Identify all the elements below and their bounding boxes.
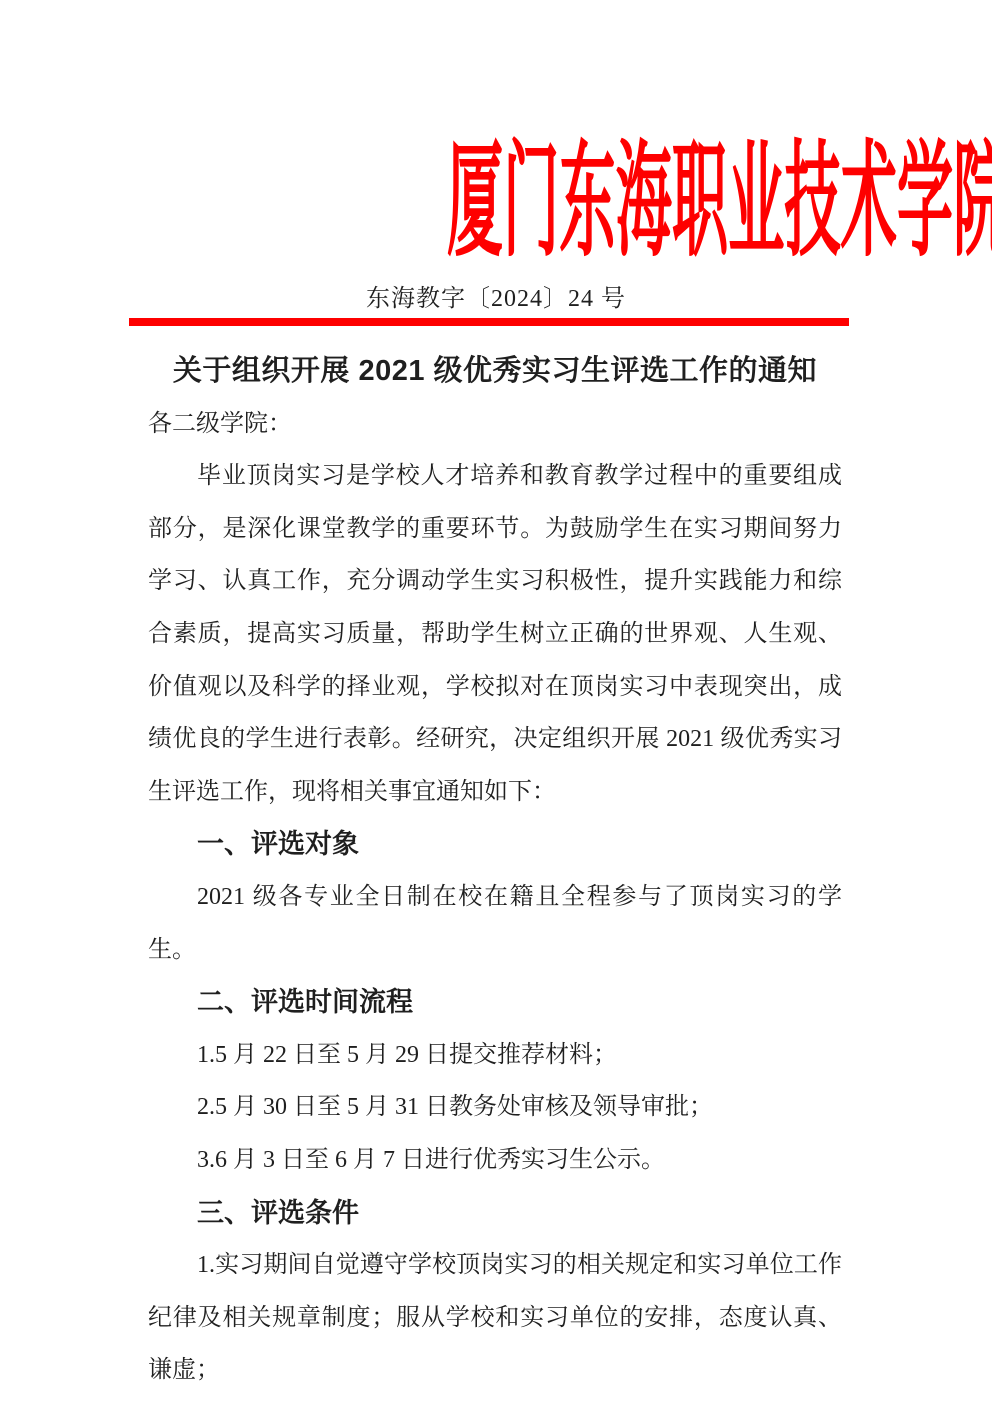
salutation: 各二级学院： [148, 398, 842, 451]
section-heading-selection-criteria: 三、评选条件 [148, 1187, 842, 1240]
red-divider-line [129, 318, 849, 326]
section-heading-selection-schedule: 二、评选时间流程 [148, 976, 842, 1029]
letterhead: 厦门东海职业技术学院教务处 [0, 138, 992, 265]
criteria-item-1: 1.实习期间自觉遵守学校顶岗实习的相关规定和实习单位工作纪律及相关规章制度；服从… [148, 1239, 842, 1397]
notice-title: 关于组织开展 2021 级优秀实习生评选工作的通知 [148, 345, 842, 398]
notice-body: 关于组织开展 2021 级优秀实习生评选工作的通知 各二级学院： 毕业顶岗实习是… [148, 345, 842, 1397]
intro-paragraph: 毕业顶岗实习是学校人才培养和教育教学过程中的重要组成部分，是深化课堂教学的重要环… [148, 450, 842, 818]
document-page: 厦门东海职业技术学院教务处 东海教字〔2024〕24 号 关于组织开展 2021… [0, 0, 992, 1403]
doc-number: 东海教字〔2024〕24 号 [0, 284, 992, 314]
section-heading-selection-target: 一、评选对象 [148, 818, 842, 871]
letterhead-org-title: 厦门东海职业技术学院教务处 [447, 138, 992, 265]
paragraph-selection-target: 2021 级各专业全日制在校在籍且全程参与了顶岗实习的学生。 [148, 871, 842, 976]
schedule-item-3: 3.6 月 3 日至 6 月 7 日进行优秀实习生公示。 [148, 1134, 842, 1187]
schedule-item-2: 2.5 月 30 日至 5 月 31 日教务处审核及领导审批； [148, 1081, 842, 1134]
schedule-item-1: 1.5 月 22 日至 5 月 29 日提交推荐材料； [148, 1029, 842, 1082]
